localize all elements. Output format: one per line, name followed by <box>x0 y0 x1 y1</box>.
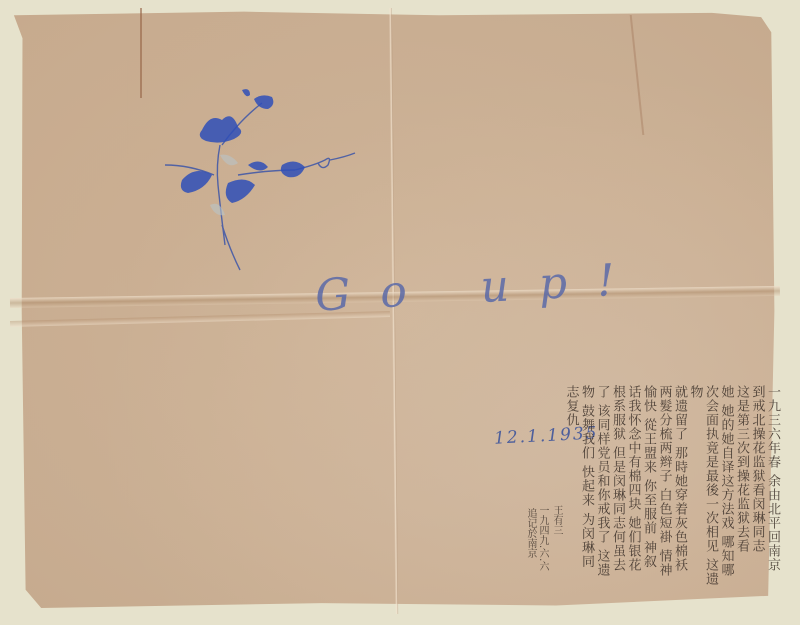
letter-column: 一九三六年春 余由北平回南京 <box>765 385 781 595</box>
signature-date: 一九四九.六.六 <box>537 505 548 571</box>
letter-column: 次会面执竟是最後一次相见 这遗物 <box>687 385 718 595</box>
letter-signature-place: 追记於南京 <box>524 508 537 558</box>
letter-column: 志复仇 <box>563 385 579 595</box>
letter-column: 了 该同样党员和你戒我了 这遗 <box>594 385 610 595</box>
letter-column: 物 鼓舞我们 快起来 为闵琳同 <box>579 385 595 595</box>
signature-name: 王有三 <box>551 505 562 535</box>
signature-place: 追记於南京 <box>525 508 536 558</box>
letter-column: 这是第三次到操花监狱去看 <box>734 385 750 595</box>
letter-column: 就遗留了 那時她穿着灰色棉袄 <box>672 385 688 595</box>
letter-column: 愉快 從王盟来 你至服前 神叙 <box>641 385 657 595</box>
fold-line-top-left <box>140 8 142 98</box>
letter-column: 根系服狱 但是闵琳同志何虽去 <box>610 385 626 595</box>
letter-column: 到戒北操花监狱看闵琳同志 <box>749 385 765 595</box>
letter-column: 两髮分梳两辫子 白色短褂 情神 <box>656 385 672 595</box>
letter-column: 话我怀念中有棉四块 她们银花 <box>625 385 641 595</box>
letter-column: 她 她的她自译这方法戏 哪知哪 <box>718 385 734 595</box>
letter-signature-date: 一九四九.六.六 <box>536 505 549 571</box>
chinese-letter: 一九三六年春 余由北平回南京 到戒北操花监狱看闵琳同志 这是第三次到操花监狱去看… <box>548 385 780 595</box>
letter-signature: 王有三 <box>550 505 563 535</box>
embroidered-flower <box>150 75 370 275</box>
